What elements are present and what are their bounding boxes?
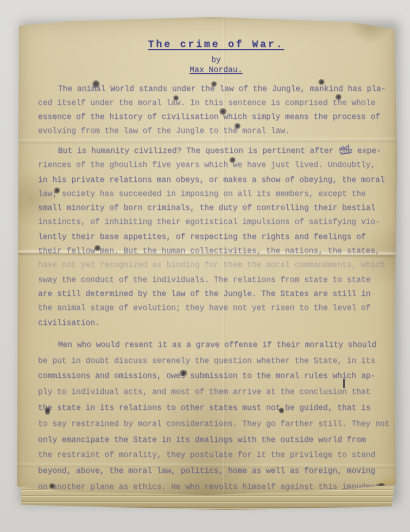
typed-line: in his private relations man obeys, or m… <box>38 174 394 188</box>
handwritten-correction: ed <box>339 145 350 154</box>
typed-line: small minority of born criminals, the du… <box>38 202 394 216</box>
typed-line: ply to individual acts, and most of them… <box>38 385 394 401</box>
typed-line: essence of the history of civilisation w… <box>38 111 394 125</box>
author-name: Max Nordau. <box>38 66 394 75</box>
typed-line: lently their base appetites, of respecti… <box>38 231 394 245</box>
typed-line: commissions and omissions, owes submissi… <box>38 369 394 385</box>
typed-line: are still determined by the law of the J… <box>38 288 394 302</box>
typed-line: the animal stage of evolution; they have… <box>38 302 394 316</box>
typed-line: only emancipate the State in its dealing… <box>38 433 394 449</box>
paragraph-2: But is humanity civilized? The question … <box>38 145 394 331</box>
typed-line: sway the conduct of the individuals. The… <box>38 274 394 288</box>
typed-line: evolving from the law of the Jungle to t… <box>38 125 394 139</box>
typed-line: instincts, of inhibiting their egotistic… <box>38 216 394 230</box>
paragraph-3: Men who would resent it as a grave offen… <box>38 338 394 496</box>
typed-line: to say restrained by moral consideration… <box>38 417 394 433</box>
typed-line: be put in doubt discuss serenely the que… <box>38 354 394 370</box>
photographed-document: The crime of War. by Max Nordau. The ani… <box>0 0 410 532</box>
typed-text-block: The crime of War. by Max Nordau. The ani… <box>38 40 394 496</box>
byline: by <box>38 56 394 65</box>
typed-line: their fellow men. But the human collecti… <box>38 245 394 259</box>
typed-line: civilisation. <box>38 317 394 331</box>
typed-line: Men who would resent it as a grave offen… <box>38 338 394 354</box>
typed-line: riences of the ghoulish five years which… <box>38 159 394 173</box>
page-title: The crime of War. <box>38 40 394 54</box>
typed-line: law; society has succeeded in imposing o… <box>38 188 394 202</box>
typed-line: The animal World stands under the law of… <box>38 83 394 97</box>
typed-line-faded: have not yet recognized as binding for t… <box>38 259 394 273</box>
paragraph-1: The animal World stands under the law of… <box>38 83 394 139</box>
typed-line: beyond, above, the moral law, politics, … <box>38 464 394 480</box>
typed-line: the state in its relations to other stat… <box>38 401 394 417</box>
typed-page: The crime of War. by Max Nordau. The ani… <box>16 16 397 496</box>
typed-line: ced itself under the moral law. In this … <box>38 97 394 111</box>
typed-line: the restraint of morality, they postulat… <box>38 448 394 464</box>
